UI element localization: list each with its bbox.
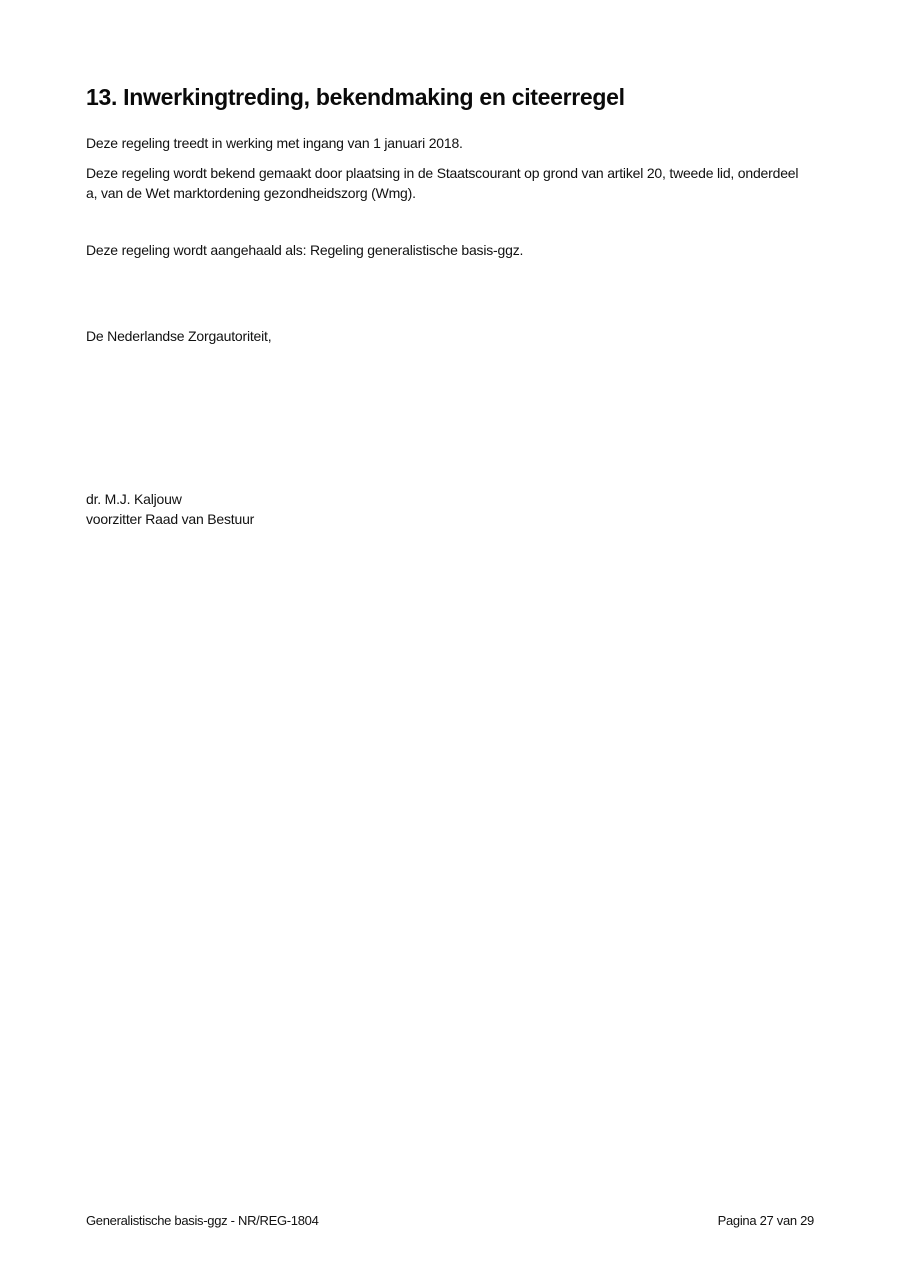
- paragraph-effective-date: Deze regeling treedt in werking met inga…: [86, 133, 463, 153]
- paragraph-citation: Deze regeling wordt aangehaald als: Rege…: [86, 240, 523, 260]
- paragraph-authority: De Nederlandse Zorgautoriteit,: [86, 326, 271, 346]
- document-page: 13. Inwerkingtreding, bekendmaking en ci…: [0, 0, 900, 1273]
- section-heading: 13. Inwerkingtreding, bekendmaking en ci…: [86, 84, 625, 111]
- signatory-title: voorzitter Raad van Bestuur: [86, 509, 254, 529]
- paragraph-publication: Deze regeling wordt bekend gemaakt door …: [86, 163, 806, 203]
- signature-block: dr. M.J. Kaljouw voorzitter Raad van Bes…: [86, 489, 254, 529]
- footer-document-id: Generalistische basis-ggz - NR/REG-1804: [86, 1213, 319, 1228]
- footer-page-number: Pagina 27 van 29: [718, 1213, 814, 1228]
- signatory-name: dr. M.J. Kaljouw: [86, 489, 254, 509]
